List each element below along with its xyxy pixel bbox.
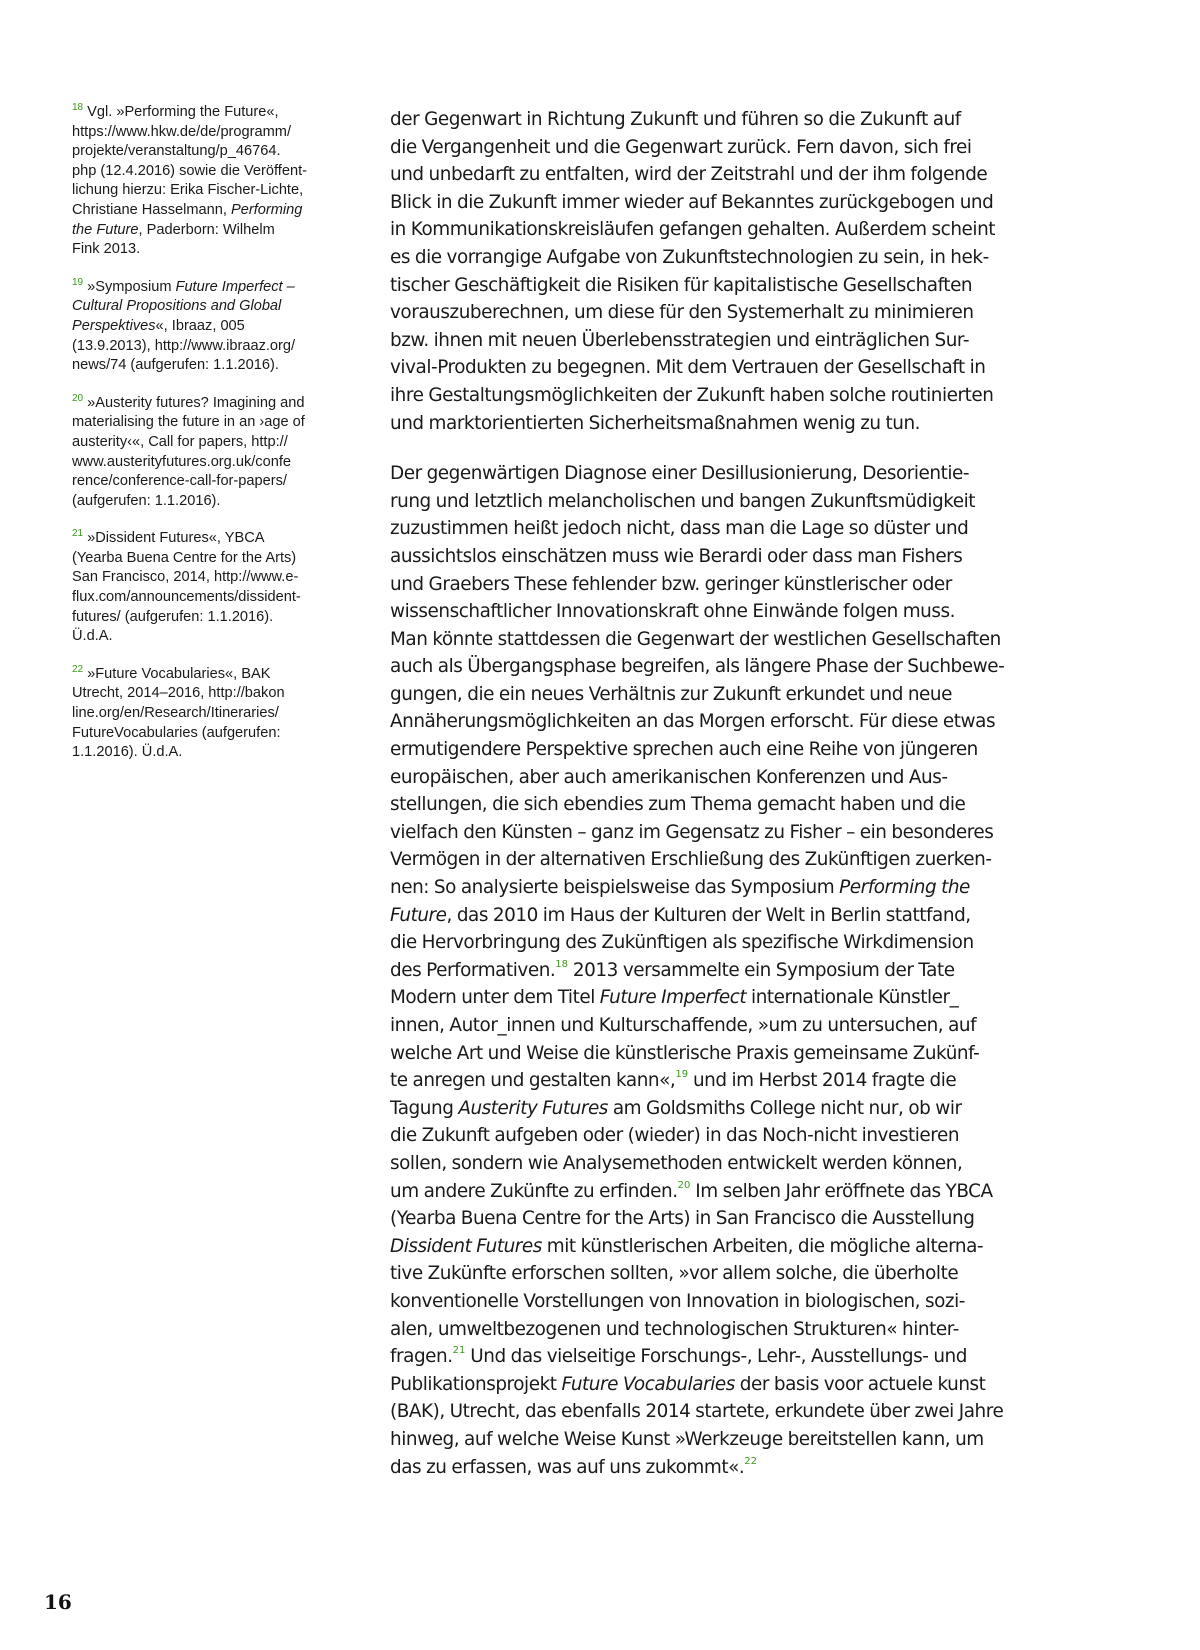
footnote-text: «, Ibraaz, 005 — [156, 318, 245, 334]
body-text: Und das vielseitige Forschungs-, Lehr-, … — [465, 1346, 967, 1367]
body-text: und marktorientierten Sicherheitsmaßnahm… — [390, 413, 920, 434]
body-text: konventionelle Vorstellungen von Innovat… — [390, 1291, 965, 1312]
footnote-text: materialising the future in an ›age of — [72, 414, 305, 430]
body-text: die Hervorbringung des Zukünftigen als s… — [390, 932, 974, 953]
footnote-text: FutureVocabularies (aufgerufen: — [72, 725, 281, 741]
body-text: des Performativen. — [390, 960, 555, 981]
footnote-line: FutureVocabularies (aufgerufen: — [72, 724, 357, 744]
text-line: sollen, sondern wie Analysemethoden entw… — [390, 1150, 1090, 1178]
body-text-column: der Gegenwart in Richtung Zukunft und fü… — [390, 106, 1090, 1481]
body-text: zuzustimmen heißt jedoch nicht, dass man… — [390, 518, 968, 539]
footnote-number: 20 — [72, 393, 83, 404]
body-text: Im selben Jahr eröffnete das YBCA — [690, 1181, 992, 1202]
body-text: Publikationsprojekt — [390, 1374, 561, 1395]
body-text: und Graebers These fehlender bzw. gering… — [390, 574, 952, 595]
footnote-text: »Symposium — [87, 279, 175, 295]
footnote-line: rence/conference-call-for-papers/ — [72, 472, 357, 492]
body-text: und im Herbst 2014 fragte die — [688, 1070, 956, 1091]
body-text: tive Zukünfte erforschen sollten, »vor a… — [390, 1263, 958, 1284]
footnote-line: Fink 2013. — [72, 240, 357, 260]
footnote-reference[interactable]: 18 — [555, 959, 568, 970]
text-line: auch als Übergangsphase begreifen, als l… — [390, 653, 1090, 681]
body-text: am Goldsmiths College nicht nur, ob wir — [608, 1098, 962, 1119]
body-text: Der gegenwärtigen Diagnose einer Desillu… — [390, 463, 969, 484]
text-line: innen, Autor_innen und Kulturschaffende,… — [390, 1012, 1090, 1040]
italic-title: Performing the — [839, 877, 970, 898]
body-text: internationale Künstler_ — [746, 987, 958, 1008]
footnote-line: (Yearba Buena Centre for the Arts) — [72, 549, 357, 569]
body-text: der Gegenwart in Richtung Zukunft und fü… — [390, 109, 961, 130]
text-line: gungen, die ein neues Verhältnis zur Zuk… — [390, 681, 1090, 709]
footnote-text: (aufgerufen: 1.1.2016). — [72, 493, 220, 509]
text-line: vorauszuberechnen, um diese für den Syst… — [390, 299, 1090, 327]
footnote-line: lichung hierzu: Erika Fischer-Lichte, — [72, 181, 357, 201]
document-page: 18Vgl. »Performing the Future«,https://w… — [0, 0, 1200, 1650]
body-text: vorauszuberechnen, um diese für den Syst… — [390, 302, 974, 323]
text-line: wissenschaftlicher Innovationskraft ohne… — [390, 598, 1090, 626]
footnote-text: https://www.hkw.de/de/programm/ — [72, 124, 291, 140]
footnote-text: (13.9.2013), http://www.ibraaz.org/ — [72, 338, 295, 354]
footnote-line: 18Vgl. »Performing the Future«, — [72, 98, 357, 123]
text-line: (BAK), Utrecht, das ebenfalls 2014 start… — [390, 1398, 1090, 1426]
footnote-reference[interactable]: 19 — [675, 1069, 688, 1080]
body-text: hinweg, auf welche Weise Kunst »Werkzeug… — [390, 1429, 984, 1450]
footnote-line: projekte/veranstaltung/p_46764. — [72, 142, 357, 162]
body-text: der basis voor actuele kunst — [735, 1374, 986, 1395]
footnote-text: php (12.4.2016) sowie die Veröffent- — [72, 163, 307, 179]
footnote-text: www.austerityfutures.org.uk/confe — [72, 454, 291, 470]
text-line: Blick in die Zukunft immer wieder auf Be… — [390, 189, 1090, 217]
italic-title: Future Imperfect — [600, 987, 746, 1008]
footnote-text: (Yearba Buena Centre for the Arts) — [72, 550, 296, 566]
text-line: tive Zukünfte erforschen sollten, »vor a… — [390, 1260, 1090, 1288]
text-line: Annäherungsmöglichkeiten an das Morgen e… — [390, 708, 1090, 736]
body-text: gungen, die ein neues Verhältnis zur Zuk… — [390, 684, 952, 705]
body-text: aussichtslos einschätzen muss wie Berard… — [390, 546, 962, 567]
body-text: rung und letztlich melancholischen und b… — [390, 491, 975, 512]
text-line: das zu erfassen, was auf uns zukommt«.22 — [390, 1454, 1090, 1482]
text-line: fragen.21 Und das vielseitige Forschungs… — [390, 1343, 1090, 1371]
footnote-line: 22»Future Vocabularies«, BAK — [72, 660, 357, 685]
footnote-number: 19 — [72, 277, 83, 288]
body-text: innen, Autor_innen und Kulturschaffende,… — [390, 1015, 976, 1036]
body-text: nen: So analysierte beispielsweise das S… — [390, 877, 839, 898]
text-line: rung und letztlich melancholischen und b… — [390, 488, 1090, 516]
text-line: die Zukunft aufgeben oder (wieder) in da… — [390, 1122, 1090, 1150]
footnote-line: line.org/en/Research/Itineraries/ — [72, 704, 357, 724]
footnote-text: »Austerity futures? Imagining and — [87, 395, 304, 411]
body-text: bzw. ihnen mit neuen Überlebensstrategie… — [390, 330, 969, 351]
footnote-line: Perspektives«, Ibraaz, 005 — [72, 317, 357, 337]
footnote-text: futures/ (aufgerufen: 1.1.2016). — [72, 609, 273, 625]
body-text: das zu erfassen, was auf uns zukommt«. — [390, 1457, 744, 1478]
footnote-line: (aufgerufen: 1.1.2016). — [72, 492, 357, 512]
body-text: Man könnte stattdessen die Gegenwart der… — [390, 629, 1001, 650]
text-line: ihre Gestaltungsmöglichkeiten der Zukunf… — [390, 382, 1090, 410]
footnote-line: (13.9.2013), http://www.ibraaz.org/ — [72, 337, 357, 357]
text-line: (Yearba Buena Centre for the Arts) in Sa… — [390, 1205, 1090, 1233]
text-line: konventionelle Vorstellungen von Innovat… — [390, 1288, 1090, 1316]
body-text: Annäherungsmöglichkeiten an das Morgen e… — [390, 711, 995, 732]
footnote-reference[interactable]: 20 — [678, 1180, 691, 1191]
body-text: , das 2010 im Haus der Kulturen der Welt… — [447, 905, 971, 926]
footnote-text: Utrecht, 2014–2016, http://bakon — [72, 685, 285, 701]
text-line: welche Art und Weise die künstlerische P… — [390, 1040, 1090, 1068]
footnote-text: »Dissident Futures«, YBCA — [87, 530, 264, 546]
body-text: Vermögen in der alternativen Erschließun… — [390, 849, 992, 870]
footnote-line: Utrecht, 2014–2016, http://bakon — [72, 684, 357, 704]
text-line: die Vergangenheit und die Gegenwart zurü… — [390, 134, 1090, 162]
text-line: alen, umweltbezogenen und technologische… — [390, 1316, 1090, 1344]
footnote-line: news/74 (aufgerufen: 1.1.2016). — [72, 356, 357, 376]
footnote-text: lichung hierzu: Erika Fischer-Lichte, — [72, 182, 303, 198]
text-line: vival-Produkten zu begegnen. Mit dem Ver… — [390, 354, 1090, 382]
body-text: alen, umweltbezogenen und technologische… — [390, 1319, 959, 1340]
footnote-20: 20»Austerity futures? Imagining andmater… — [72, 389, 357, 512]
footnote-22: 22»Future Vocabularies«, BAKUtrecht, 201… — [72, 660, 357, 763]
footnote-text: projekte/veranstaltung/p_46764. — [72, 143, 281, 159]
text-line: die Hervorbringung des Zukünftigen als s… — [390, 929, 1090, 957]
footnote-line: 20»Austerity futures? Imagining and — [72, 389, 357, 414]
footnote-line: www.austerityfutures.org.uk/confe — [72, 453, 357, 473]
footnote-line: 21»Dissident Futures«, YBCA — [72, 524, 357, 549]
footnote-line: php (12.4.2016) sowie die Veröffent- — [72, 162, 357, 182]
italic-title: Perspektives — [72, 318, 156, 334]
body-text: ihre Gestaltungsmöglichkeiten der Zukunf… — [390, 385, 993, 406]
footnote-text: , Paderborn: Wilhelm — [139, 222, 275, 238]
text-line: des Performativen.18 2013 versammelte ei… — [390, 957, 1090, 985]
footnote-number: 21 — [72, 528, 83, 539]
body-text: welche Art und Weise die künstlerische P… — [390, 1043, 979, 1064]
body-text: vival-Produkten zu begegnen. Mit dem Ver… — [390, 357, 986, 378]
footnote-column: 18Vgl. »Performing the Future«,https://w… — [72, 98, 357, 776]
body-text: die Zukunft aufgeben oder (wieder) in da… — [390, 1125, 959, 1146]
text-line: der Gegenwart in Richtung Zukunft und fü… — [390, 106, 1090, 134]
page-number: 16 — [44, 1590, 72, 1614]
footnote-line: flux.com/announcements/dissident- — [72, 588, 357, 608]
text-line: Dissident Futures mit künstlerischen Arb… — [390, 1233, 1090, 1261]
footnote-text: flux.com/announcements/dissident- — [72, 589, 301, 605]
text-line: bzw. ihnen mit neuen Überlebensstrategie… — [390, 327, 1090, 355]
text-line: vielfach den Künsten – ganz im Gegensatz… — [390, 819, 1090, 847]
body-text: und unbedarft zu entfalten, wird der Zei… — [390, 164, 987, 185]
text-line: europäischen, aber auch amerikanischen K… — [390, 764, 1090, 792]
text-line: ermutigendere Perspektive sprechen auch … — [390, 736, 1090, 764]
text-line: nen: So analysierte beispielsweise das S… — [390, 874, 1090, 902]
text-line: in Kommunikationskreisläufen gefangen ge… — [390, 216, 1090, 244]
footnote-line: https://www.hkw.de/de/programm/ — [72, 123, 357, 143]
italic-title: Dissident Futures — [390, 1236, 542, 1257]
footnote-text: line.org/en/Research/Itineraries/ — [72, 705, 279, 721]
text-line: Modern unter dem Titel Future Imperfect … — [390, 984, 1090, 1012]
footnote-line: materialising the future in an ›age of — [72, 413, 357, 433]
body-text: (BAK), Utrecht, das ebenfalls 2014 start… — [390, 1401, 1003, 1422]
footnote-19: 19»Symposium Future Imperfect –Cultural … — [72, 273, 357, 376]
text-line: Der gegenwärtigen Diagnose einer Desillu… — [390, 460, 1090, 488]
text-line: Tagung Austerity Futures am Goldsmiths C… — [390, 1095, 1090, 1123]
italic-title: Performing — [231, 202, 302, 218]
text-line: um andere Zukünfte zu erfinden.20 Im sel… — [390, 1178, 1090, 1206]
body-text: auch als Übergangsphase begreifen, als l… — [390, 656, 1004, 677]
footnote-text: austerity‹«, Call for papers, http:// — [72, 434, 288, 450]
text-line: Vermögen in der alternativen Erschließun… — [390, 846, 1090, 874]
text-line: und unbedarft zu entfalten, wird der Zei… — [390, 161, 1090, 189]
text-line: und marktorientierten Sicherheitsmaßnahm… — [390, 410, 1090, 438]
footnote-text: Fink 2013. — [72, 241, 140, 257]
footnote-text: rence/conference-call-for-papers/ — [72, 473, 287, 489]
footnote-reference[interactable]: 22 — [744, 1456, 757, 1467]
footnote-18: 18Vgl. »Performing the Future«,https://w… — [72, 98, 357, 260]
italic-title: Future — [390, 905, 447, 926]
body-text: Tagung — [390, 1098, 458, 1119]
text-line: stellungen, die sich ebendies zum Thema … — [390, 791, 1090, 819]
footnote-text: Vgl. »Performing the Future«, — [87, 104, 278, 120]
body-text: europäischen, aber auch amerikanischen K… — [390, 767, 948, 788]
footnote-line: San Francisco, 2014, http://www.e- — [72, 568, 357, 588]
body-text: mit künstlerischen Arbeiten, die möglich… — [542, 1236, 983, 1257]
body-text: ermutigendere Perspektive sprechen auch … — [390, 739, 978, 760]
footnote-line: the Future, Paderborn: Wilhelm — [72, 221, 357, 241]
text-line: tischer Geschäftigkeit die Risiken für k… — [390, 272, 1090, 300]
text-line: Publikationsprojekt Future Vocabularies … — [390, 1371, 1090, 1399]
body-text: Modern unter dem Titel — [390, 987, 600, 1008]
footnote-line: Ü.d.A. — [72, 627, 357, 647]
body-text: fragen. — [390, 1346, 453, 1367]
body-text: vielfach den Künsten – ganz im Gegensatz… — [390, 822, 993, 843]
footnote-line: 1.1.2016). Ü.d.A. — [72, 743, 357, 763]
footnote-line: 19»Symposium Future Imperfect – — [72, 273, 357, 298]
text-line: hinweg, auf welche Weise Kunst »Werkzeug… — [390, 1426, 1090, 1454]
text-line: und Graebers These fehlender bzw. gering… — [390, 571, 1090, 599]
footnote-text: »Future Vocabularies«, BAK — [87, 666, 270, 682]
footnote-line: Christiane Hasselmann, Performing — [72, 201, 357, 221]
text-line: es die vorrangige Aufgabe von Zukunftste… — [390, 244, 1090, 272]
text-line: te anregen und gestalten kann«,19 und im… — [390, 1067, 1090, 1095]
italic-title: the Future — [72, 222, 139, 238]
footnote-text: Christiane Hasselmann, — [72, 202, 231, 218]
footnote-number: 18 — [72, 102, 83, 113]
footnote-text: 1.1.2016). Ü.d.A. — [72, 744, 182, 760]
body-text: tischer Geschäftigkeit die Risiken für k… — [390, 275, 972, 296]
footnote-text: news/74 (aufgerufen: 1.1.2016). — [72, 357, 279, 373]
italic-title: Cultural Propositions and Global — [72, 298, 281, 314]
italic-title: Future Imperfect – — [176, 279, 295, 295]
italic-title: Future Vocabularies — [561, 1374, 734, 1395]
body-text: es die vorrangige Aufgabe von Zukunftste… — [390, 247, 989, 268]
body-text: in Kommunikationskreisläufen gefangen ge… — [390, 219, 995, 240]
body-text: wissenschaftlicher Innovationskraft ohne… — [390, 601, 955, 622]
body-text: Blick in die Zukunft immer wieder auf Be… — [390, 192, 993, 213]
italic-title: Austerity Futures — [458, 1098, 608, 1119]
footnote-text: Ü.d.A. — [72, 628, 113, 644]
body-text: 2013 versammelte ein Symposium der Tate — [568, 960, 955, 981]
text-line: Man könnte stattdessen die Gegenwart der… — [390, 626, 1090, 654]
body-text: sollen, sondern wie Analysemethoden entw… — [390, 1153, 962, 1174]
body-text: te anregen und gestalten kann«, — [390, 1070, 675, 1091]
text-line: Future, das 2010 im Haus der Kulturen de… — [390, 902, 1090, 930]
body-text: um andere Zukünfte zu erfinden. — [390, 1181, 678, 1202]
body-paragraph: der Gegenwart in Richtung Zukunft und fü… — [390, 106, 1090, 437]
body-text: die Vergangenheit und die Gegenwart zurü… — [390, 137, 972, 158]
body-text: stellungen, die sich ebendies zum Thema … — [390, 794, 965, 815]
footnote-reference[interactable]: 21 — [453, 1345, 466, 1356]
text-line: aussichtslos einschätzen muss wie Berard… — [390, 543, 1090, 571]
footnote-number: 22 — [72, 664, 83, 675]
body-text: (Yearba Buena Centre for the Arts) in Sa… — [390, 1208, 974, 1229]
footnote-21: 21»Dissident Futures«, YBCA(Yearba Buena… — [72, 524, 357, 647]
footnote-text: San Francisco, 2014, http://www.e- — [72, 569, 298, 585]
footnote-line: futures/ (aufgerufen: 1.1.2016). — [72, 608, 357, 628]
footnote-line: austerity‹«, Call for papers, http:// — [72, 433, 357, 453]
body-paragraph: Der gegenwärtigen Diagnose einer Desillu… — [390, 460, 1090, 1481]
text-line: zuzustimmen heißt jedoch nicht, dass man… — [390, 515, 1090, 543]
footnote-line: Cultural Propositions and Global — [72, 297, 357, 317]
